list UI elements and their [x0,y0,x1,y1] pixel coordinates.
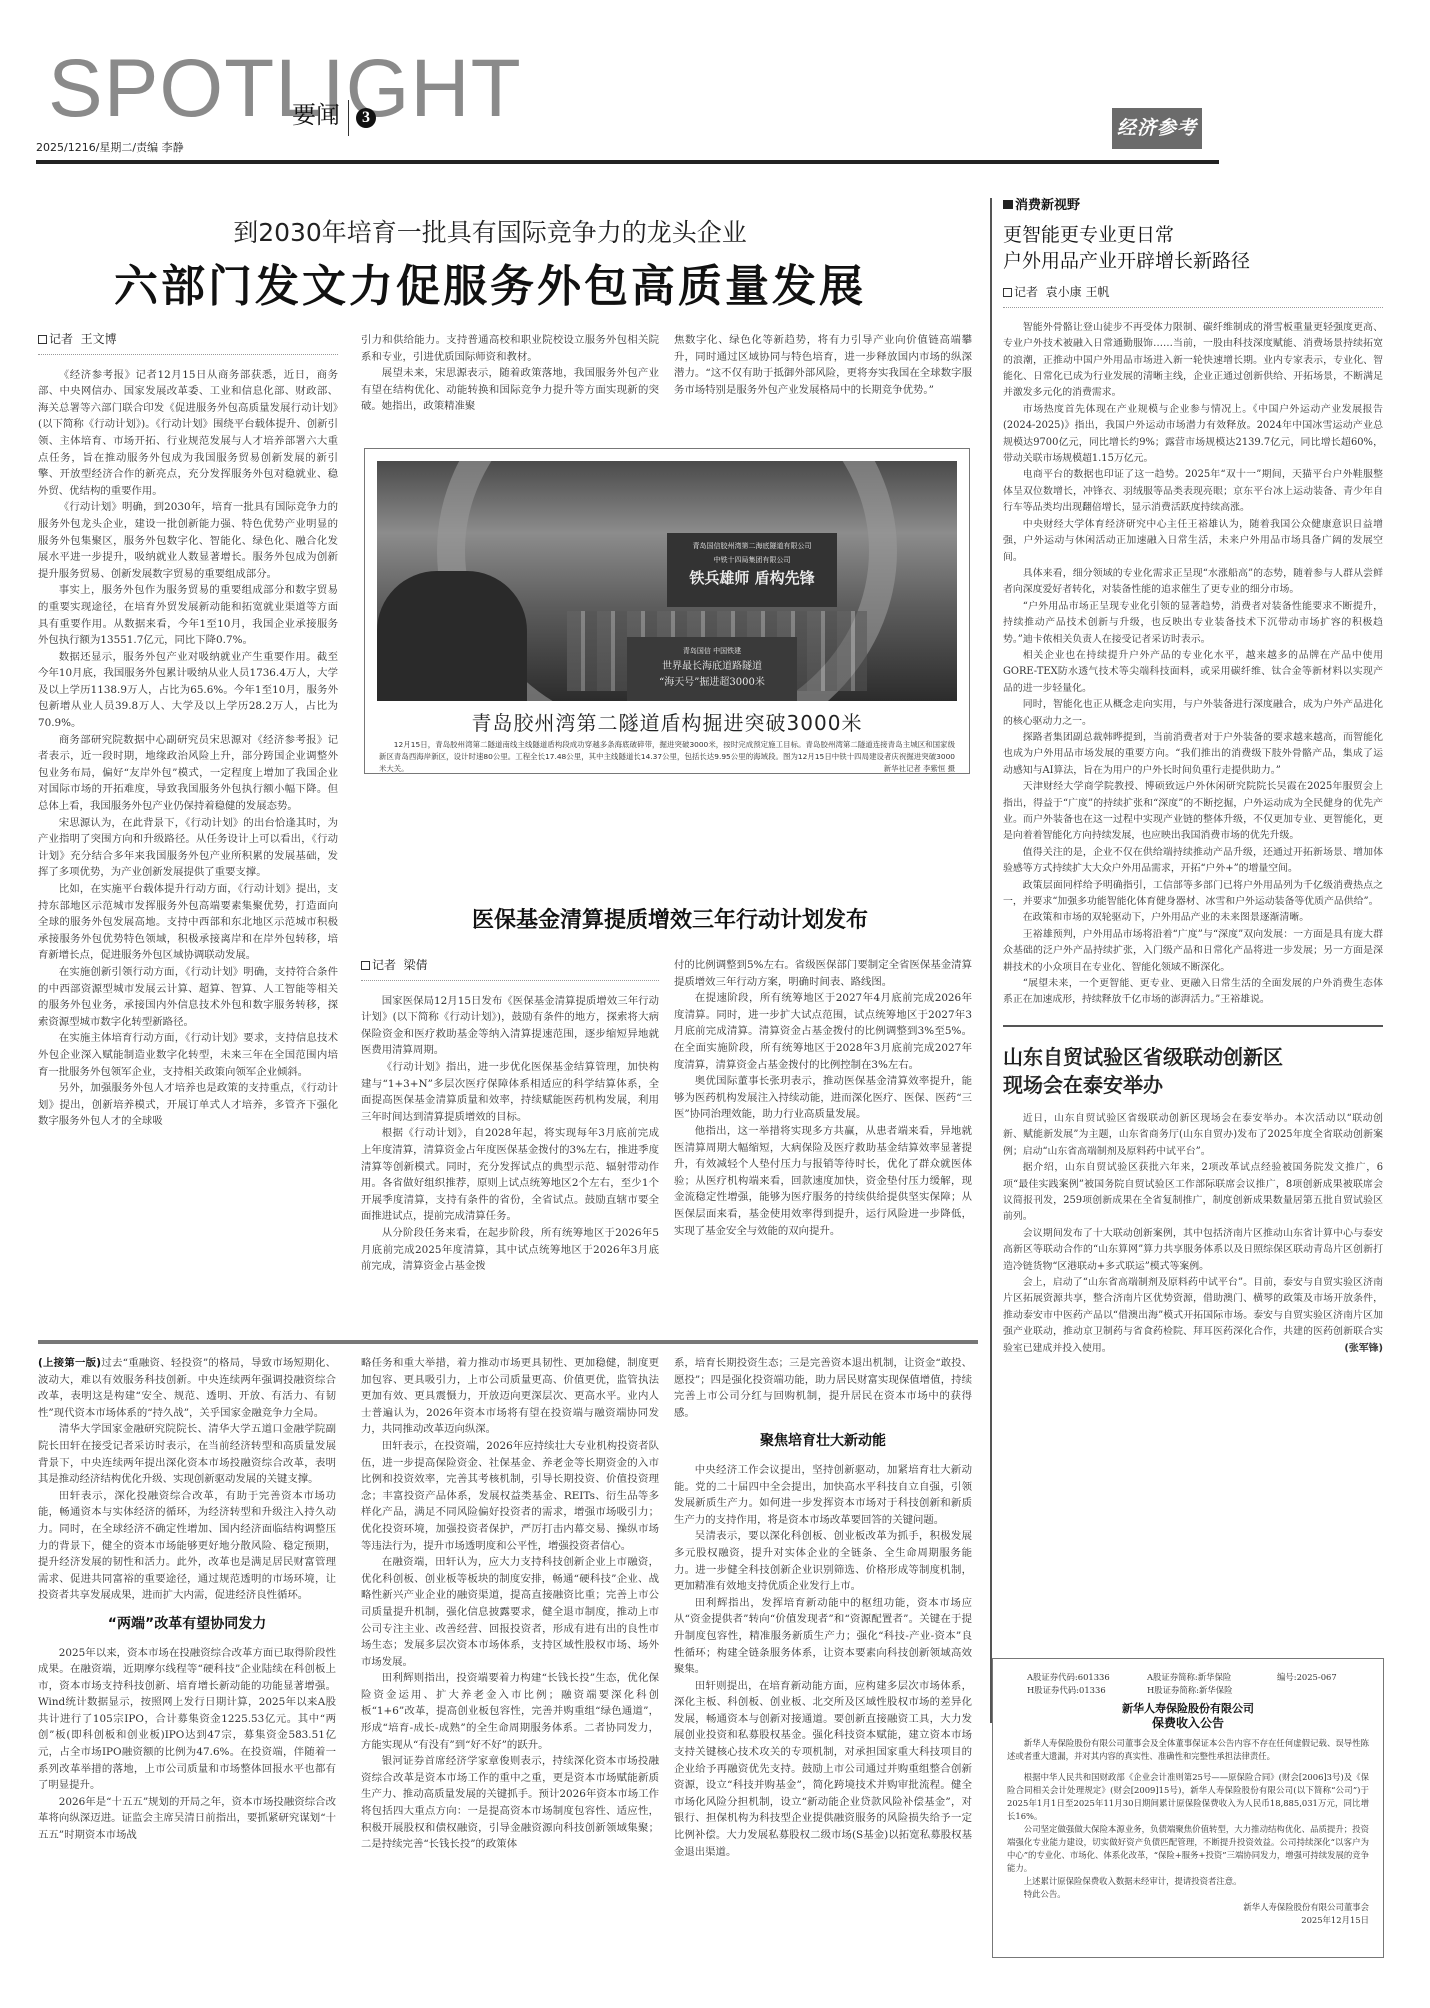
newspaper-logo: 经济参考报 [1112,108,1202,149]
square-bullet-icon [1003,200,1013,209]
paragraph: 另外，加强服务外包人才培养也是政策的支持重点，《行动计划》提出，创新培养模式，开… [38,1080,338,1130]
paragraph: 商务部研究院数据中心副研究员宋思源对《经济参考报》记者表示，近一段时期，地缘政治… [38,732,338,815]
paragraph: 2025年以来，资本市场在投融资综合改革方面已取得阶段性成果。在融资端，近期摩尔… [38,1645,336,1794]
paragraph: 电商平台的数据也印证了这一趋势。2025年“双十一”期间，天猫平台户外鞋服整体呈… [1003,467,1383,516]
paragraph: 事实上，服务外包作为服务贸易的重要组成部分和数字贸易的重要实现途径，在培育外贸发… [38,582,338,648]
photo-caption-title: 青岛胶州湾第二隧道盾构掘进突破3000米 [365,707,969,736]
paragraph: 在政策和市场的双轮驱动下，户外用品产业的未来图景逐渐清晰。 [1003,910,1383,926]
paragraph: “展望未来，一个更智能、更专业、更融入日常生活的全面发展的户外消费生态体系正在加… [1003,976,1383,1009]
paragraph: 在实施创新引领行动方面，《行动计划》明确，支持符合条件的中西部资源型城市发展云计… [38,964,338,1030]
paragraph: 田轩则提出，在培育新动能方面，应构建多层次市场体系，深化主板、科创板、创业板、北… [674,1678,972,1861]
paragraph: 近日，山东自贸试验区省级联动创新区现场会在泰安举办。本次活动以“联动创新、赋能新… [1003,1111,1383,1160]
paragraph: 田利辉则指出，投资端要着力构建“长钱长投”生态，优化保险资金运用、扩大养老金入市… [361,1670,659,1753]
paragraph: 探路者集团副总裁韩晔提到，当前消费者对于户外装备的要求越来越高，而智能化也成为户… [1003,730,1383,779]
paragraph: 数据还显示，服务外包产业对吸纳就业产生重要作用。截至今年10月底，我国服务外包累… [38,649,338,732]
article-divider [1003,1025,1383,1027]
medical-byline: 记者 梁倩 [361,957,659,981]
paragraph: 2026年是“十五五”规划的开局之年，资本市场投融资综合改革将向纵深迈进。证监会… [38,1794,336,1844]
paragraph: 特此公告。 [1007,1888,1369,1901]
masthead-rule [36,160,1219,164]
paragraph: 天津财经大学商学院教授、博硕致远户外休闲研究院院长吴霞在2025年服贸会上指出，… [1003,779,1383,845]
byline-box-icon [38,335,47,344]
sidebar-column: 消费新视野 更智能更专业更日常 户外用品产业开辟增长新路径 记者 袁小康 王帆 … [1003,198,1383,1357]
notice-date: 2025年12月15日 [1007,1914,1369,1927]
paragraph: 公司坚定做强做大保险本源业务，负债端聚焦价值转型，大力推动结构优化、品质提升；投… [1007,1823,1369,1875]
outdoor-headline: 更智能更专业更日常 户外用品产业开辟增长新路径 [1003,222,1383,274]
capital-column-1: (上接第一版)过去“重融资、轻投资”的格局，导致市场短期化、波动大，难以有效服务… [38,1355,336,1844]
paragraph: 吴清表示，要以深化科创板、创业板改革为抓手，积极发展多元股权融资，提升对实体企业… [674,1528,972,1594]
medical-headline: 医保基金清算提质增效三年行动计划发布 [360,903,980,934]
byline-box-icon [361,961,370,970]
photo-credit: 新华社记者 李紫恒 摄 [884,763,955,775]
paragraph: 焦数字化、绿色化等新趋势，将有力引导产业向价值链高端攀升，同时通过区域协同与特色… [674,332,972,398]
author-signature: (张军锋) [1344,1341,1383,1357]
sidebar-border [990,198,992,1723]
paragraph: 《行动计划》明确，到2030年，培育一批具有国际竞争力的服务外包龙头企业，建设一… [38,499,338,582]
stock-codes: A股证券代码:601336 A股证券简称:新华保险 编号:2025-067 H股… [1007,1671,1369,1697]
paragraph: 上述累计原保险保费收入数据未经审计，提请投资者注意。 [1007,1875,1369,1888]
paragraph: 田轩表示，在投资端，2026年应持续壮大专业机构投资者队伍，进一步提高保险资金、… [361,1438,659,1554]
paragraph: 在融资端，田轩认为，应大力支持科技创新企业上市融资，优化科创板、创业板等板块的制… [361,1554,659,1670]
lead-column-2: 引力和供给能力。支持普通高校和职业院校设立服务外包相关院系和专业，引进优质国际师… [361,332,659,415]
insurance-notice-box: A股证券代码:601336 A股证券简称:新华保险 编号:2025-067 H股… [992,1658,1384,1958]
brand-wordmark: SPOTLIGHT [48,48,522,130]
milestone-sign: 青岛国信 中国铁建 世界最长海底道路隧道 “海天号”掘进超3000米 [627,637,797,701]
section-name: 要闻 [292,95,340,130]
medical-column-2: 付的比例调整到5%左右。省级医保部门要制定全省医保基金清算提质增效三年行动方案，… [674,957,972,1239]
paragraph: (上接第一版)过去“重融资、轻投资”的格局，导致市场短期化、波动大，难以有效服务… [38,1355,336,1421]
paragraph: 田利辉指出，发挥培育新动能中的枢纽功能，资本市场应从“资金提供者”转向“价值发现… [674,1595,972,1678]
continued-label: (上接第一版) [38,1357,101,1369]
paragraph: 田轩表示，深化投融资综合改革，有助于完善资本市场功能，畅通资本与实体经济的循环，… [38,1488,336,1604]
paragraph: 中央经济工作会议提出，坚持创新驱动，加紧培育壮大新动能。党的二十届四中全会提出，… [674,1462,972,1528]
tunnel-photo: 青岛国信胶州湾第二海底隧道有限公司 中铁十四局集团有限公司 铁兵雄师 盾构先锋 … [377,461,957,701]
paragraph: 《经济参考报》记者12月15日从商务部获悉，近日，商务部、中央网信办、国家发展改… [38,367,338,500]
paragraph: 《行动计划》指出，进一步优化医保基金结算管理，加快构建与“1+3+N”多层次医疗… [361,1059,659,1125]
paragraph: 同时，智能化也正从概念走向实用，与户外装备进行深度融合，成为户外产品进化的核心驱… [1003,697,1383,730]
subheading: “两端”改革有望协同发力 [38,1616,336,1633]
paragraph: 清华大学国家金融研究院院长、清华大学五道口金融学院副院长田轩在接受记者采访时表示… [38,1421,336,1487]
paragraph: 比如，在实施平台载体提升行动方面，《行动计划》提出，支持东部地区示范城市发挥服务… [38,881,338,964]
paragraph: 展望未来，宋思源表示，随着政策落地，我国服务外包产业有望在结构优化、动能转换和国… [361,365,659,415]
paragraph: 市场热度首先体现在产业规模与企业参与情况上。《中国户外运动产业发展报告(2024… [1003,402,1383,468]
lead-headline: 六部门发文力促服务外包高质量发展 [0,250,980,314]
paragraph: 他指出，这一举措将实现多方共赢，从患者端来看，异地就医清算周期大幅缩短，大病保险… [674,1123,972,1239]
masthead-divider [348,100,349,136]
section-divider [38,1340,978,1344]
photographer-silhouette [377,571,527,701]
page-number-badge: 3 [356,108,376,128]
paragraph: 付的比例调整到5%左右。省级医保部门要制定全省医保基金清算提质增效三年行动方案，… [674,957,972,990]
paragraph: 系，培育长期投资生态；三是完善资本退出机制，让资金“敢投、愿投”；四是强化投资端… [674,1355,972,1421]
byline-box-icon [1003,288,1012,297]
paragraph: 略任务和重大举措，着力推动市场更具韧性、更加稳健，制度更加包容、更具吸引力，上市… [361,1355,659,1438]
celebration-banner: 青岛国信胶州湾第二海底隧道有限公司 中铁十四局集团有限公司 铁兵雄师 盾构先锋 [667,533,837,607]
paragraph: 在提速阶段，所有统筹地区于2027年4月底前完成2026年度清算。同时，进一步扩… [674,990,972,1073]
paragraph: 根据《行动计划》，自2028年起，将实现每年3月底前完成上年度清算，清算资金占年… [361,1125,659,1225]
subheading: 聚焦培育壮大新动能 [674,1433,972,1450]
lead-byline: 记者 王文博 [38,331,338,355]
dateline: 2025/1216/星期二/责编 李静 [36,139,184,155]
paragraph: 新华人寿保险股份有限公司董事会及全体董事保证本公告内容不存在任何虚假记载、误导性… [1007,1737,1369,1763]
paragraph: 国家医保局12月15日发布《医保基金清算提质增效三年行动计划》(以下简称《行动计… [361,993,659,1059]
paragraph: 智能外骨骼让登山徒步不再受体力限制、碳纤维制成的滑雪板重量更轻强度更高、专业户外… [1003,320,1383,402]
outdoor-byline: 记者 袁小康 王帆 [1003,284,1383,307]
lead-kicker: 到2030年培育一批具有国际竞争力的龙头企业 [0,213,980,249]
paragraph: 根据中华人民共和国财政部《企业会计准则第25号——原保险合同》(财会[2006]… [1007,1771,1369,1823]
medical-column-1: 记者 梁倩 国家医保局12月15日发布《医保基金清算提质增效三年行动计划》(以下… [361,957,659,1275]
paragraph: 奥优国际董事长张玥表示，推动医保基金清算效率提升，能够为医药机构发展注入持续动能… [674,1073,972,1123]
capital-column-2: 略任务和重大举措，着力推动市场更具韧性、更加稳健，制度更加包容、更具吸引力，上市… [361,1355,659,1853]
notice-signature: 新华人寿保险股份有限公司董事会 [1007,1901,1369,1914]
paragraph: 在实施主体培育行动方面，《行动计划》要求，支持信息技术外包企业深入赋能制造业数字… [38,1030,338,1080]
paragraph: 会议期间发布了十大联动创新案例，其中包括济南片区推动山东省计算中心与泰安高新区等… [1003,1226,1383,1275]
paragraph: 相关企业也在持续提升户外产品的专业化水平，越来越多的品牌在产品中使用GORE-T… [1003,648,1383,697]
paragraph: 引力和供给能力。支持普通高校和职业院校设立服务外包相关院系和专业，引进优质国际师… [361,332,659,365]
paragraph: “户外用品市场正呈现专业化引领的显著趋势，消费者对装备性能要求不断提升，持续推动… [1003,599,1383,648]
paragraph: 政策层面同样给予明确指引，工信部等多部门已将户外用品列为千亿级消费热点之一，并要… [1003,878,1383,911]
lead-column-3: 焦数字化、绿色化等新趋势，将有力引导产业向价值链高端攀升，同时通过区域协同与特色… [674,332,972,398]
paragraph: 银河证券首席经济学家章俊则表示，持续深化资本市场投融资综合改革是资本市场工作的重… [361,1753,659,1853]
news-photo-box: 青岛国信胶州湾第二海底隧道有限公司 中铁十四局集团有限公司 铁兵雄师 盾构先锋 … [364,448,970,774]
paragraph: 从分阶段任务来看，在起步阶段，所有统筹地区于2026年5月底前完成2025年度清… [361,1225,659,1275]
paragraph: 具体来看，细分领域的专业化需求正呈现“水涨船高”的态势，随着参与人群从尝鲜者向深… [1003,566,1383,599]
capital-column-3: 系，培育长期投资生态；三是完善资本退出机制，让资金“敢投、愿投”；四是强化投资端… [674,1355,972,1860]
shandong-headline: 山东自贸试验区省级联动创新区 现场会在泰安举办 [1003,1043,1383,1099]
photo-caption: 12月15日，青岛胶州湾第二隧道南线主线隧道盾构段成功穿越多条海底破碎带，掘进突… [379,739,955,775]
paragraph: 会上，启动了“山东省高端制剂及原料药中试平台”。目前，泰安与自贸实验区济南片区拓… [1003,1275,1383,1357]
paragraph: 王裕雄预判，户外用品市场将沿着“广度”与“深度”双向发展：一方面是具有庞大群众基… [1003,927,1383,976]
paragraph: 宋思源认为，在此背景下，《行动计划》的出台恰逢其时，为产业指明了突围方向和升级路… [38,815,338,881]
notice-title: 新华人寿保险股份有限公司 保费收入公告 [1007,1701,1369,1731]
paragraph: 值得关注的是，企业不仅在供给端持续推动产品升级，还通过开拓新场景、增加体验感等方… [1003,845,1383,878]
lead-column-1: 记者 王文博 《经济参考报》记者12月15日从商务部获悉，近日，商务部、中央网信… [38,331,338,1130]
paragraph: 中央财经大学体育经济研究中心主任王裕雄认为，随着我国公众健康意识日益增强，户外运… [1003,517,1383,566]
paragraph: 据介绍，山东自贸试验区获批六年来，2项改革试点经验被国务院发文推广，6项“最佳实… [1003,1160,1383,1226]
column-tag: 消费新视野 [1003,198,1383,214]
